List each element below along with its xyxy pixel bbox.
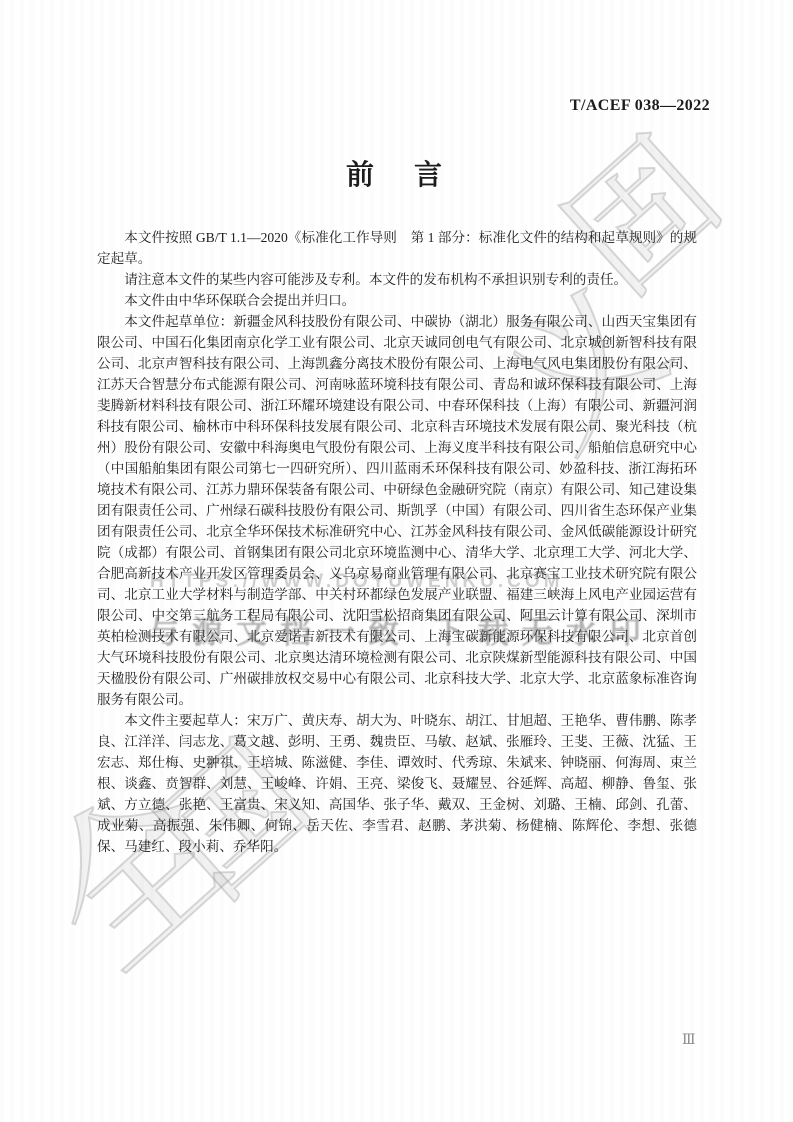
foreword-paragraph-patent: 请注意本文件的某些内容可能涉及专利。本文件的发布机构不承担识别专利的责任。 — [97, 269, 697, 290]
foreword-paragraph-issuer: 本文件由中华环保联合会提出并归口。 — [97, 290, 697, 311]
page-title: 前 言 — [97, 153, 697, 193]
page-number: Ⅲ — [682, 1032, 697, 1049]
document-page: { "page": { "doc_number": "T/ACEF 038—20… — [0, 0, 793, 1122]
drafting-units-list: 新疆金风科技股份有限公司、中碳协（湖北）服务有限公司、山西天宝集团有限公司、中国… — [97, 314, 697, 707]
foreword-paragraph-rules: 本文件按照 GB/T 1.1—2020《标准化工作导则 第 1 部分：标准化文件… — [97, 227, 697, 269]
foreword-body: 本文件按照 GB/T 1.1—2020《标准化工作导则 第 1 部分：标准化文件… — [97, 227, 697, 857]
drafting-units-label: 本文件起草单位： — [124, 314, 233, 329]
drafters-label: 本文件主要起草人： — [124, 713, 247, 728]
header-doc-number: T/ACEF 038—2022 — [570, 97, 710, 115]
drafters-paragraph: 本文件主要起草人：宋万广、黄庆寿、胡大为、叶晓东、胡江、甘旭超、王艳华、曹伟鹏、… — [97, 710, 697, 857]
drafters-list: 宋万广、黄庆寿、胡大为、叶晓东、胡江、甘旭超、王艳华、曹伟鹏、陈孝良、江洋洋、闫… — [97, 713, 697, 854]
drafting-units-paragraph: 本文件起草单位：新疆金风科技股份有限公司、中碳协（湖北）服务有限公司、山西天宝集… — [97, 311, 697, 710]
